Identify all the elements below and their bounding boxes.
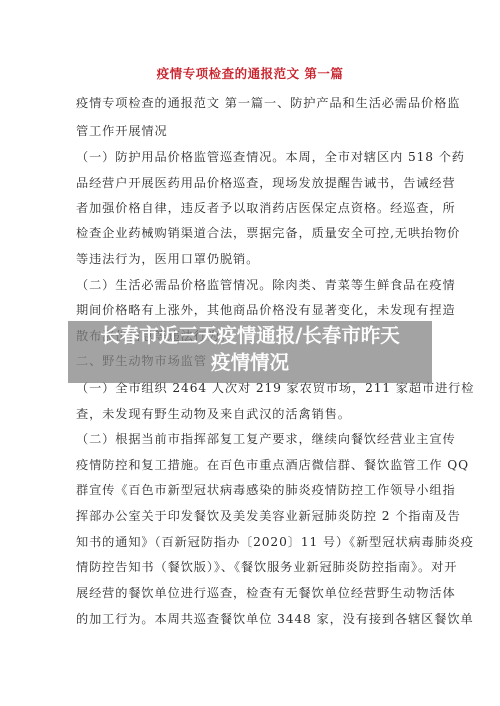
headline-line-2: 疫情情况 — [68, 349, 432, 376]
paragraph-line: 挥部办公室关于印发餐饮及美发美容业新冠肺炎防控 2 个指南及告 — [76, 507, 424, 524]
paragraph-line: 期间价格略有上涨外，其他商品价格没有显著变化，未发现有捏造 — [76, 301, 424, 318]
paragraph-line: 的加工行为。本周共巡查餐饮单位 3448 家，没有接到各辖区餐饮单 — [76, 610, 424, 627]
paragraph-line: 检查企业药械购销渠道合法，票据完备，质量安全可控,无哄抬物价 — [76, 224, 424, 241]
paragraph-line: 知书的通知》（百新冠防指办〔2020〕11 号）《新型冠状病毒肺炎疫 — [76, 533, 424, 550]
paragraph-line: 疫情防控和复工措施。在百色市重点酒店微信群、餐饮监管工作 QQ — [76, 456, 424, 473]
paragraph-line: 品经营户开展医药用品价格巡查，现场发放提醒告诫书，告诫经营 — [76, 174, 424, 191]
paragraph-line: 展经营的餐饮单位进行巡查，检查有无餐饮单位经营野生动物活体 — [76, 584, 424, 601]
paragraph-line: （二）根据当前市指挥部复工复产要求，继续向餐饮经营业主宣传 — [76, 430, 424, 447]
paragraph-line: 群宣传《百色市新型冠状病毒感染的肺炎疫情防控工作领导小组指 — [76, 481, 424, 498]
paragraph-line: 疫情专项检查的通报范文 第一篇一、防护产品和生活必需品价格监 — [76, 94, 424, 111]
paragraph-line: 情防控告知书（餐饮版）》、《餐饮服务业新冠肺炎防控指南》。对开 — [76, 558, 424, 575]
headline-line-1: 长春市近三天疫情通报/长春市昨天 — [68, 322, 432, 349]
paragraph-line: 等违法行为，医用口罩仍脱销。 — [76, 250, 424, 267]
paragraph-line: 查，未发现有野生动物及来自武汉的活禽销售。 — [76, 405, 424, 422]
paragraph-line: （二）生活必需品价格监管情况。除肉类、青菜等生鲜食品在疫情 — [76, 276, 424, 293]
paragraph-line: （一）防护用品价格监管巡查情况。本周，全市对辖区内 518 个药 — [76, 148, 424, 165]
paragraph-line: 者加强价格自律，违反者予以取消药店医保定点资格。经巡查，所 — [76, 199, 424, 216]
paragraph-line: 管工作开展情况 — [76, 122, 424, 139]
document-title: 疫情专项检查的通报范文 第一篇 — [0, 64, 500, 82]
headline-overlay-text: 长春市近三天疫情通报/长春市昨天 疫情情况 — [68, 322, 432, 376]
